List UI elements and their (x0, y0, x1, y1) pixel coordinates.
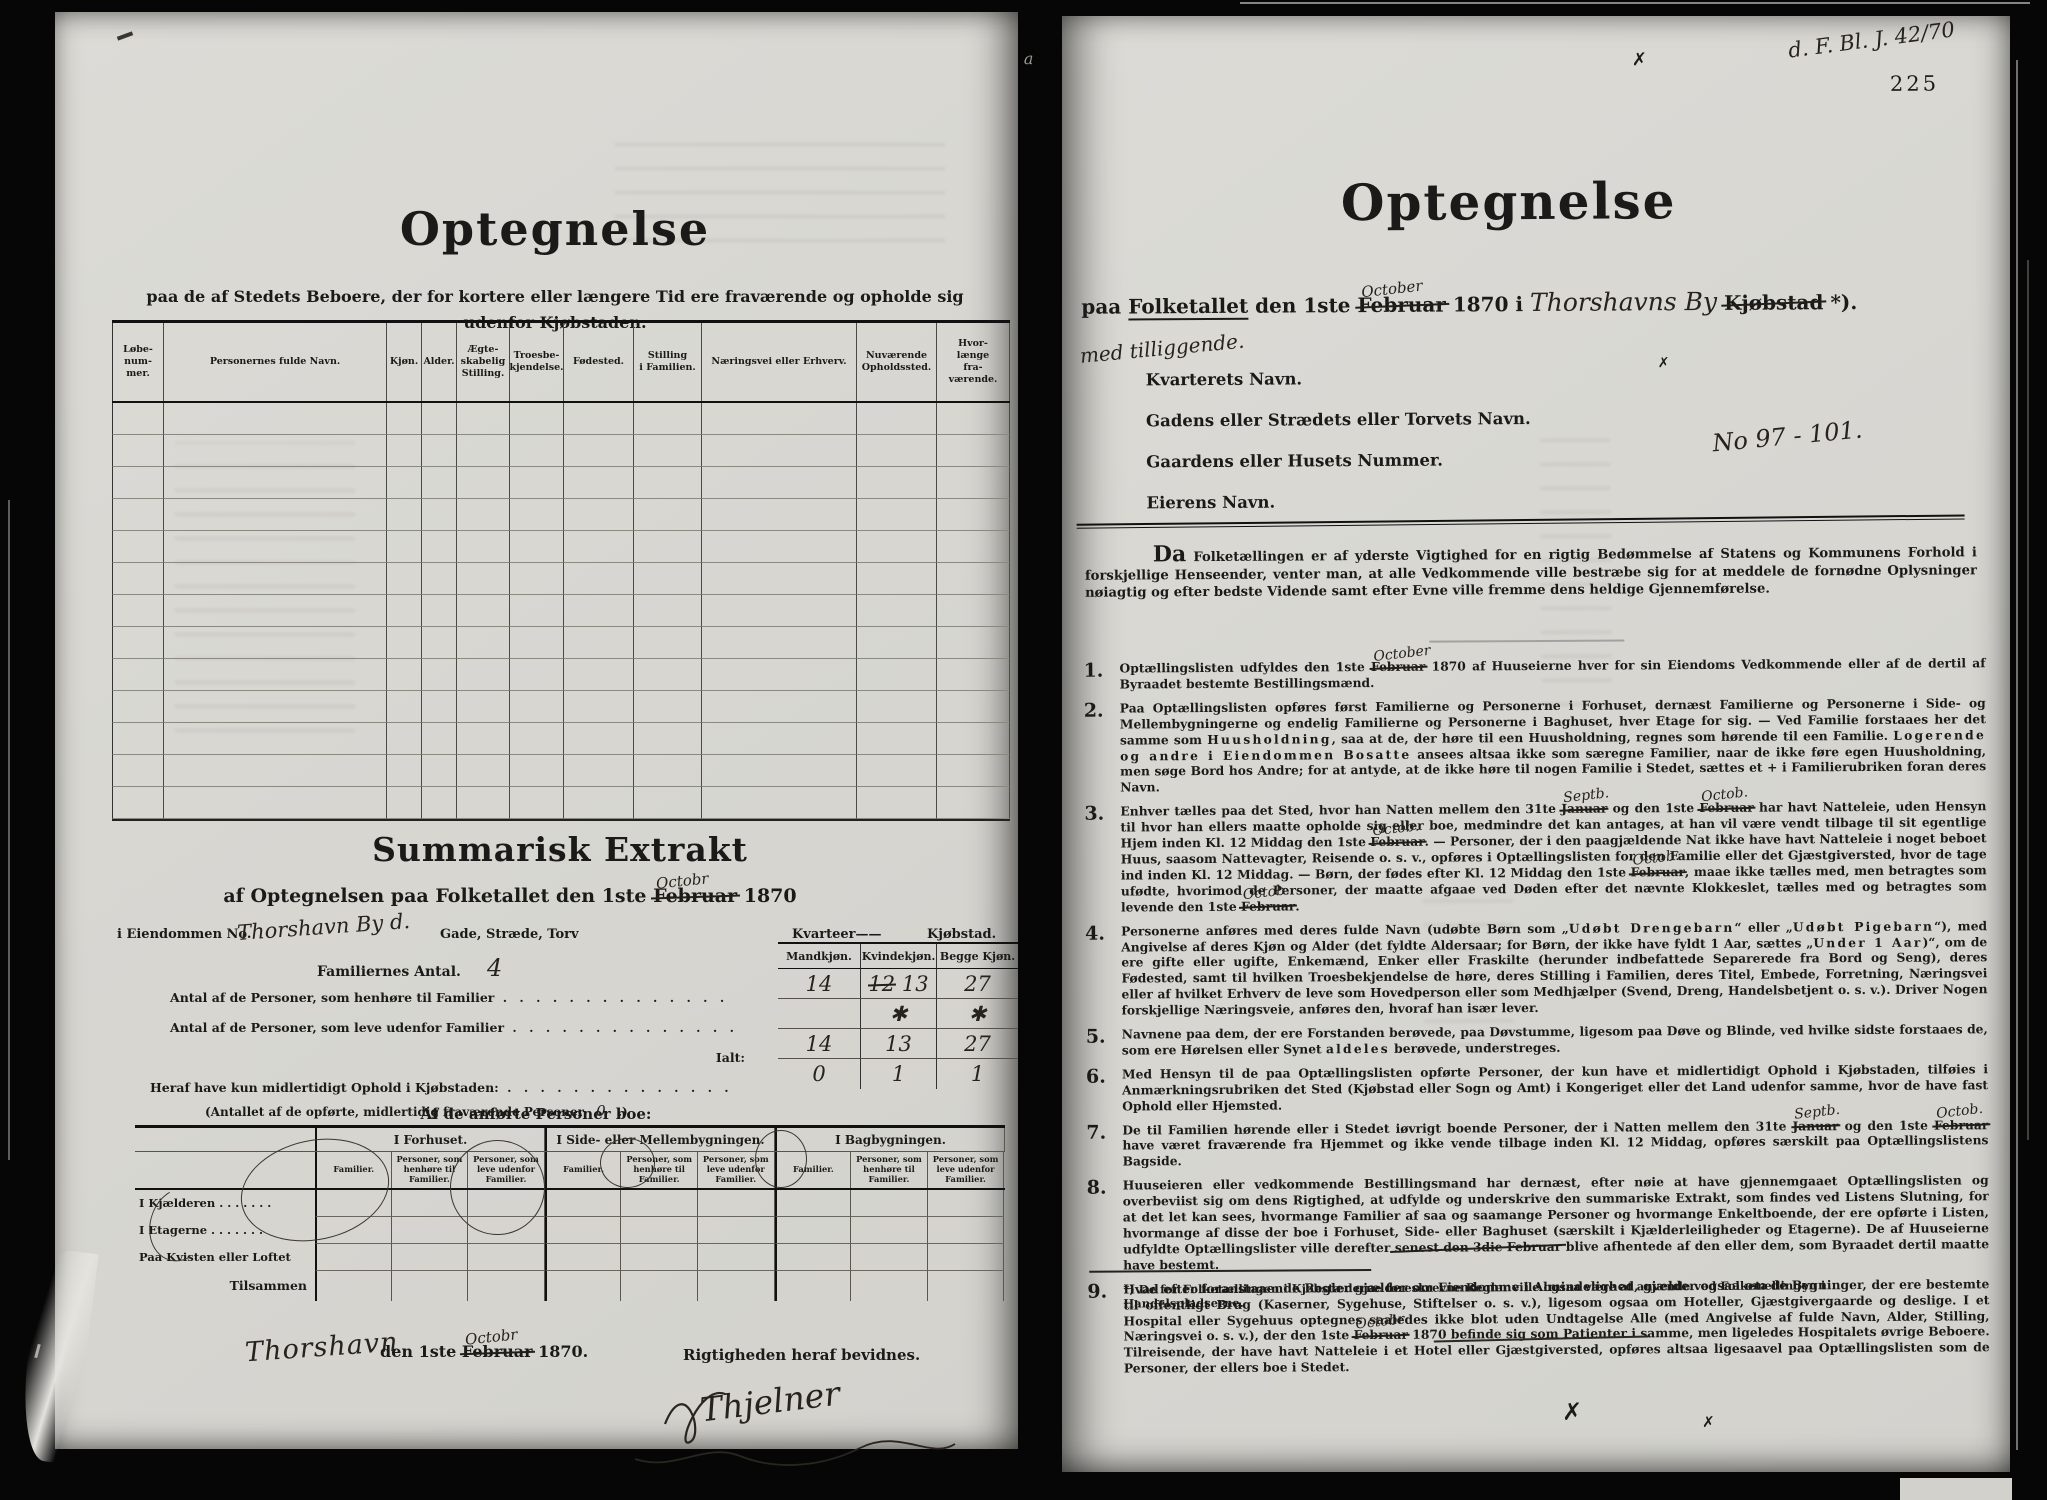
instruction-number: 1. (1083, 661, 1119, 693)
residence-group-header: I Bagbygningen. (775, 1128, 1005, 1151)
table-cell (510, 563, 564, 595)
residence-cell (775, 1244, 852, 1271)
count-number: 1 (892, 1062, 905, 1086)
correction: Septb.Januar (1561, 801, 1607, 817)
handwritten-oval (755, 1130, 807, 1188)
right-page-title: Optegnelse (1159, 170, 1859, 233)
count-value-row: 141327 (778, 1029, 1018, 1059)
table-cell (422, 403, 457, 435)
emphasized-text: Udøbt Pigebarn (1793, 918, 1934, 934)
table-row (112, 787, 1010, 819)
table-cell (387, 531, 422, 563)
count-value-row: ✱✱ (778, 999, 1018, 1029)
table-header-cell: Fødested. (564, 323, 634, 401)
residence-cell (315, 1244, 392, 1271)
instruction-item: 3.Enhver tælles paa det Sted, hvor han N… (1084, 799, 1987, 916)
table-cell (457, 595, 510, 627)
instruction-text: Navnene paa dem, der ere Forstanden berø… (1122, 1021, 1988, 1058)
table-cell (702, 659, 857, 691)
text-run: Med Hensyn til de paa Optællingslisten o… (1122, 1061, 1988, 1113)
struck-text: Februar (1631, 864, 1685, 879)
count-value-cell: 27 (936, 1029, 1018, 1059)
struck-text: Februar (462, 1342, 533, 1361)
table-cell (702, 403, 857, 435)
table-cell (510, 659, 564, 691)
table-cell (937, 435, 1010, 467)
dot-leader: . . . . . . . . . . . . . . (499, 1080, 733, 1095)
table-cell (937, 531, 1010, 563)
table-cell (457, 787, 510, 819)
count-value-cell: 13 (860, 1029, 936, 1059)
table-cell (564, 755, 634, 787)
header-field-label: Gaardens eller Husets Nummer. (1146, 449, 1746, 472)
count-value-cell: 14 (778, 969, 860, 999)
label-text: Antal af de Personer, som henhøre til Fa… (170, 990, 494, 1005)
table-header-row: Løbe- num- mer.Personernes fulde Navn.Kj… (112, 323, 1010, 401)
table-cell (634, 403, 702, 435)
count-number: 27 (964, 1032, 991, 1056)
table-cell (510, 787, 564, 819)
correction: Octob.Februar (1699, 800, 1753, 816)
struck-text: Februar (1934, 1117, 1988, 1132)
table-cell (702, 435, 857, 467)
table-cell (634, 467, 702, 499)
table-cell (457, 659, 510, 691)
text-run: 1870. (533, 1342, 589, 1361)
instruction-item: 5.Navnene paa dem, der ere Forstanden be… (1086, 1021, 1988, 1058)
table-row (112, 563, 1010, 595)
residence-total-cell (928, 1271, 1005, 1301)
residence-cell (775, 1190, 852, 1217)
handwritten-insert: Thorshavns By (1530, 287, 1717, 317)
table-cell (112, 499, 164, 531)
count-number: ✱ (969, 1002, 987, 1026)
table-cell (937, 563, 1010, 595)
table-cell (564, 691, 634, 723)
extract-heading: Summarisk Extrakt (210, 830, 910, 869)
table-cell (112, 723, 164, 755)
table-cell (857, 787, 937, 819)
residence-total-cell (698, 1271, 775, 1301)
text-run: den 1ste (380, 1342, 462, 1361)
count-value-cell: 14 (778, 1029, 860, 1059)
table-cell (937, 467, 1010, 499)
text-run: Optællingslisten udfyldes den 1ste (1119, 659, 1371, 676)
struck-text: Januar (1792, 1118, 1838, 1133)
header-fields: Kvarterets Navn.Gadens eller Strædets el… (1146, 367, 1747, 535)
residence-total-cell (468, 1271, 545, 1301)
residence-group-header: I Side- eller Mellembygningen. (545, 1128, 775, 1151)
residence-cell (545, 1190, 622, 1217)
table-cell (634, 531, 702, 563)
table-cell (857, 403, 937, 435)
handwritten-oval (600, 1138, 655, 1188)
pen-stroke-mark (117, 31, 133, 40)
text-run: af Optegnelsen paa Folketallet den 1ste (223, 885, 653, 907)
correction: senest den 3die Februar (1395, 1239, 1561, 1256)
residence-total-cell (775, 1271, 852, 1301)
table-cell (510, 627, 564, 659)
residence-cell (928, 1217, 1005, 1244)
instruction-number: 7. (1086, 1122, 1122, 1170)
struck-number: 12 (868, 972, 895, 996)
table-cell (112, 627, 164, 659)
text-run: 1870 i (1446, 292, 1530, 317)
instruction-text: Personerne anføres med deres fulde Navn … (1121, 918, 1988, 1019)
table-cell (634, 755, 702, 787)
struck-text: senest den 3die Februar (1395, 1239, 1561, 1255)
table-cell (857, 659, 937, 691)
table-header-cell: Ægte- skabelig Stilling. (457, 323, 510, 401)
table-cell (564, 403, 634, 435)
table-cell (510, 595, 564, 627)
header-field-label: Kvarterets Navn. (1146, 367, 1746, 390)
table-cell (857, 627, 937, 659)
table-cell (112, 531, 164, 563)
residence-group-row: I Forhuset.I Side- eller Mellembygningen… (135, 1125, 1005, 1152)
table-cell (634, 723, 702, 755)
table-cell (112, 435, 164, 467)
count-value-cell: 0 (778, 1059, 860, 1089)
table-cell (422, 531, 457, 563)
residence-cell (698, 1190, 775, 1217)
underlined-text: Folketallet (1128, 294, 1248, 321)
text-run: *). (1823, 290, 1857, 314)
dot-leader: . . . . . . . . . . . . . . (494, 990, 728, 1005)
count-number: 13 (885, 1032, 912, 1056)
table-cell (422, 691, 457, 723)
count-value-cell: 12 13 (860, 969, 936, 999)
residence-cell (545, 1217, 622, 1244)
table-cell (422, 499, 457, 531)
family-count-value: 4 (487, 954, 502, 982)
intro-initial: Da (1153, 541, 1187, 567)
count-header-cell: Begge Kjøn. (936, 944, 1018, 969)
count-value-row: 011 (778, 1059, 1018, 1089)
struck-text: Februar (1370, 834, 1424, 849)
table-cell (457, 403, 510, 435)
pen-mark-a: a (1024, 49, 1034, 68)
street-label: Gade, Stræde, Torv (440, 927, 579, 942)
emphasized-text: Huusholdning (1207, 731, 1331, 747)
table-cell (564, 787, 634, 819)
table-cell (702, 595, 857, 627)
count-number: 27 (964, 972, 991, 996)
table-cell (937, 403, 1010, 435)
table-cell (937, 723, 1010, 755)
table-cell (564, 627, 634, 659)
table-cell (564, 467, 634, 499)
correction: OctobrFebruar (1354, 1327, 1408, 1343)
correction: Octob.Februar (1370, 834, 1424, 850)
instruction-number: 8. (1087, 1178, 1124, 1274)
table-cell (564, 659, 634, 691)
instruction-text: Med Hensyn til de paa Optællingslisten o… (1122, 1061, 1988, 1114)
table-cell (112, 403, 164, 435)
table-cell (164, 787, 387, 819)
attest-label: Rigtigheden heraf bevidnes. (683, 1346, 920, 1364)
right-page: 225 d. F. Bl. J. 42/70 a ✗ Optegnelse pa… (1062, 16, 2010, 1472)
instruction-number: 5. (1086, 1027, 1122, 1059)
correction: OctoberFebruar (1371, 659, 1425, 675)
correction: OctoberFebruar (1357, 293, 1446, 318)
count-number: 0 (812, 1062, 825, 1086)
x-mark-bottom-large: ✗ (1562, 1398, 1582, 1426)
instruction-number: 2. (1084, 700, 1121, 796)
residence-total-cell (392, 1271, 469, 1301)
table-cell (422, 723, 457, 755)
header-field-label: Gadens eller Strædets eller Torvets Navn… (1146, 408, 1746, 431)
table-cell (457, 467, 510, 499)
absentees-table: Løbe- num- mer.Personernes fulde Navn.Kj… (112, 320, 1010, 821)
table-cell (422, 467, 457, 499)
under-page-sliver (1900, 1478, 2012, 1500)
struck-text: Februar (653, 885, 737, 907)
instruction-text: Paa Optællingslisten opføres først Famil… (1120, 695, 1987, 796)
table-cell (634, 659, 702, 691)
table-row (112, 499, 1010, 531)
section-divider-rule (1429, 639, 1624, 642)
table-cell (634, 627, 702, 659)
x-mark-top: ✗ (1632, 49, 1647, 70)
signature-block: Thjelner (630, 1364, 960, 1479)
table-row (112, 723, 1010, 755)
residence-cell (468, 1244, 545, 1271)
footer-date-line: den 1ste OctobrFebruar 1870. (380, 1342, 588, 1361)
intro-text: Folketællingen er af yderste Vigtighed f… (1085, 545, 1977, 600)
table-cell (422, 627, 457, 659)
table-cell (457, 691, 510, 723)
property-value-handwritten: Thorshavn By d. (236, 909, 410, 945)
residence-total-cell (621, 1271, 698, 1301)
table-cell (510, 691, 564, 723)
table-cell (164, 403, 387, 435)
table-cell (702, 499, 857, 531)
table-cell (387, 499, 422, 531)
table-cell (112, 659, 164, 691)
instruction-item: 1.Optællingslisten udfyldes den 1ste Oct… (1083, 655, 1985, 692)
journal-note-handwritten: d. F. Bl. J. 42/70 (1787, 17, 1956, 62)
table-cell (112, 755, 164, 787)
table-cell (564, 531, 634, 563)
table-cell (634, 787, 702, 819)
left-page: Optegnelse paa de af Stedets Beboere, de… (55, 12, 1018, 1449)
count-value-cell: ✱ (860, 999, 936, 1029)
emphasized-text: aldeles (1326, 1041, 1390, 1056)
table-cell (422, 755, 457, 787)
header-field-label: Eierens Navn. (1146, 490, 1746, 513)
table-cell (422, 563, 457, 595)
table-cell (564, 435, 634, 467)
table-cell (634, 499, 702, 531)
correction: OctobrFebruar (462, 1342, 533, 1361)
table-cell (634, 691, 702, 723)
table-cell (564, 595, 634, 627)
count-value-cell: ✱ (936, 999, 1018, 1029)
table-cell (387, 691, 422, 723)
text-run: 1870 (737, 885, 797, 907)
table-cell (702, 563, 857, 595)
count-value-cell: 1 (936, 1059, 1018, 1089)
count-value-cell (778, 999, 860, 1029)
table-cell (112, 787, 164, 819)
emphasized-text: Under 1 Aar (1813, 934, 1922, 950)
text-run: den 1ste (1248, 293, 1357, 318)
table-cell (857, 435, 937, 467)
instruction-number: 4. (1085, 923, 1122, 1019)
table-header-cell: Løbe- num- mer. (112, 323, 164, 401)
struck-text: Februar (1354, 1327, 1408, 1342)
table-row (112, 659, 1010, 691)
page-edge-line (2027, 260, 2029, 1140)
table-cell (164, 595, 387, 627)
table-cell (164, 435, 387, 467)
text-run: have været fraværende fra Hjemmet og ikk… (1122, 1133, 1988, 1169)
table-cell (937, 659, 1010, 691)
residence-cell (698, 1244, 775, 1271)
table-cell (510, 467, 564, 499)
table-header-cell: Personernes fulde Navn. (164, 323, 387, 401)
count-value-cell: 27 (936, 969, 1018, 999)
table-cell (164, 563, 387, 595)
table-cell (937, 691, 1010, 723)
table-cell (937, 499, 1010, 531)
table-cell (564, 563, 634, 595)
label-text: Heraf have kun midlertidigt Ophold i Kjø… (150, 1080, 499, 1095)
page-edge-line (8, 500, 10, 1160)
table-cell (457, 563, 510, 595)
residence-cell (621, 1244, 698, 1271)
count-value-row: 1412 1327 (778, 969, 1018, 999)
table-cell (937, 787, 1010, 819)
table-cell (387, 627, 422, 659)
emphasized-text: Udøbt Drengebarn (1569, 919, 1735, 935)
instruction-text: Optællingslisten udfyldes den 1ste Octob… (1119, 655, 1985, 692)
table-cell (702, 627, 857, 659)
table-row (112, 403, 1010, 435)
struck-text: Januar (1561, 801, 1607, 816)
table-cell (422, 595, 457, 627)
residence-subcol-header: Personer, som leve udenfor Familier. (928, 1152, 1005, 1188)
table-cell (857, 595, 937, 627)
table-cell (164, 755, 387, 787)
table-cell (164, 691, 387, 723)
table-cell (857, 723, 937, 755)
right-subtitle: paa Folketallet den 1ste OctoberFebruar … (1081, 285, 1991, 320)
family-count-label: Familiernes Antal. (317, 964, 461, 980)
table-cell (164, 723, 387, 755)
table-cell (857, 499, 937, 531)
table-cell (387, 467, 422, 499)
instruction-item: 7.De til Familien hørende eller i Stedet… (1086, 1117, 1988, 1170)
instruction-number: 9. (1087, 1281, 1124, 1377)
table-cell (387, 755, 422, 787)
count-number: 14 (806, 972, 833, 996)
correction: Octob.Februar (1631, 864, 1685, 880)
struck-text: Februar (1699, 800, 1753, 815)
residence-total-label: Tilsammen (135, 1271, 315, 1301)
table-cell (702, 723, 857, 755)
table-cell (937, 627, 1010, 659)
table-cell (937, 755, 1010, 787)
quarter-label: Kvarteer—— (792, 927, 882, 942)
extract-row-label: Heraf have kun midlertidigt Ophold i Kjø… (150, 1080, 733, 1095)
instruction-item: 8.Huuseieren eller vedkommende Bestillin… (1087, 1173, 1990, 1274)
x-mark-field: ✗ (1658, 355, 1670, 371)
residence-cell (545, 1244, 622, 1271)
text-run: og den 1ste (1839, 1117, 1934, 1133)
table-cell (857, 467, 937, 499)
footnote: *) De for Folketællingen i Kjøbstæderne … (1123, 1278, 1923, 1311)
left-page-title: Optegnelse (205, 202, 905, 256)
extract-count-table: Mandkjøn.Kvindekjøn.Begge Kjøn.1412 1327… (778, 942, 1018, 1089)
table-cell (112, 691, 164, 723)
table-header-cell: Nuværende Opholdssted. (857, 323, 937, 401)
table-cell (510, 723, 564, 755)
table-cell (112, 467, 164, 499)
table-cell (387, 595, 422, 627)
table-cell (422, 659, 457, 691)
residence-cell (621, 1217, 698, 1244)
table-cell (164, 659, 387, 691)
page-edge-line (2016, 60, 2018, 1450)
residence-cell (851, 1190, 928, 1217)
residence-cell (928, 1190, 1005, 1217)
struck-text: Kjøbstad (1724, 290, 1824, 315)
table-cell (510, 403, 564, 435)
table-cell (457, 723, 510, 755)
table-cell (564, 499, 634, 531)
instruction-number: 3. (1084, 804, 1121, 916)
text-run: “ eller „ (1734, 919, 1792, 934)
town-label: Kjøbstad. (927, 927, 996, 942)
table-row (112, 691, 1010, 723)
table-cell (702, 787, 857, 819)
struck-text: Februar (1241, 898, 1295, 913)
instruction-item: 4.Personerne anføres med deres fulde Nav… (1085, 918, 1988, 1019)
table-cell (457, 531, 510, 563)
table-cell (422, 435, 457, 467)
residence-total-row: Tilsammen (135, 1271, 1005, 1301)
residence-data-row: Paa Kvisten eller Loftet (135, 1244, 1005, 1271)
table-cell (164, 531, 387, 563)
residence-cell (775, 1217, 852, 1244)
struck-text: Februar (1357, 293, 1446, 318)
table-header-cell: Kjøn. (387, 323, 422, 401)
table-header-cell: Alder. (422, 323, 457, 401)
table-cell (634, 435, 702, 467)
dot-leader: . . . . . . . . . . . . . . (504, 1020, 738, 1035)
text-run: paa (1081, 294, 1128, 318)
table-row (112, 627, 1010, 659)
table-cell (387, 435, 422, 467)
instruction-number: 6. (1086, 1066, 1122, 1114)
x-mark-bottom-small: ✗ (1702, 1413, 1715, 1431)
label-text: Ialt: (716, 1050, 745, 1065)
table-cell (387, 563, 422, 595)
instruction-item: 2.Paa Optællingslisten opføres først Fam… (1084, 695, 1987, 796)
table-row (112, 755, 1010, 787)
residence-cell (392, 1244, 469, 1271)
tilliggende-handwritten: med tilliggende. (1079, 329, 1245, 368)
table-cell (510, 755, 564, 787)
table-header-cell: Troesbe- kjendelse. (510, 323, 564, 401)
residence-cell (928, 1244, 1005, 1271)
table-cell (457, 435, 510, 467)
label-text: Antal af de Personer, som leve udenfor F… (170, 1020, 504, 1035)
count-number: 1 (971, 1062, 984, 1086)
text-run: Enhver tælles paa det Sted, hvor han Nat… (1120, 801, 1561, 819)
